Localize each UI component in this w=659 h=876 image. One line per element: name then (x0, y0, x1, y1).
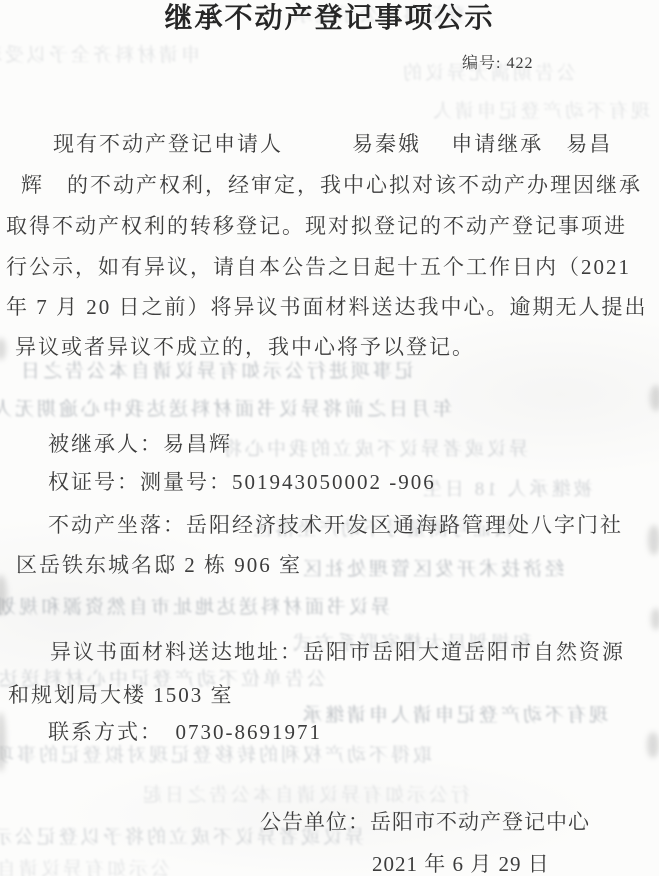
notice-title: 继承不动产登记事项公示 (0, 0, 659, 36)
bleedthrough-line: 公示如有异议请自 (0, 854, 170, 876)
doc-number: 编号: 422 (462, 50, 533, 73)
date-line: 2021 年 6 月 29 日 (372, 850, 550, 876)
paper-smudge (0, 575, 7, 615)
bleedthrough-line: 行公示如有异议请自本公告之日起 (140, 780, 470, 807)
body-line-4: 行公示，如有异议，请自本公告之日起十五个工作日内（2021 (6, 253, 631, 281)
body-line-6: 异议或者异议不成立的，我中心将予以登记。 (15, 333, 475, 361)
body-line-2: 辉 的不动产权利，经审定，我中心拟对该不动产办理因继承 (21, 171, 642, 199)
property-location-line-1: 不动产坐落：岳阳经济技术开发区通海路管理处八字门社 (48, 511, 623, 539)
paper-smudge (0, 338, 6, 360)
bleedthrough-line: 被继承人 18 日生 (420, 474, 593, 501)
bleedthrough-line: 异议书面材料送达地址市自然资源和规划 (0, 592, 390, 619)
notice-document: 登记事项公示继承 申请材料齐全予以受理 公告期满无异议的 现有不动产登记申请人 … (0, 0, 659, 876)
issuer-line: 公告单位：岳阳市不动产登记中心 (260, 808, 590, 836)
paper-smudge (0, 712, 6, 772)
objection-address-line-1: 异议书面材料送达地址：岳阳市岳阳大道岳阳市自然资源 (50, 638, 625, 666)
property-location-line-2: 区岳铁东城名邸 2 栋 906 室 (16, 551, 302, 579)
body-line-1: 现有不动产登记申请人 易秦娥 申请继承 易昌 (53, 130, 612, 158)
body-line-3: 取得不动产权利的转移登记。现对拟登记的不动产登记事项进 (6, 212, 627, 240)
bleedthrough-line: 申请材料齐全予以受理 (0, 40, 200, 67)
cert-no-line: 权证号：测量号：501943050002 -906 (48, 468, 436, 496)
paper-smudge (648, 525, 659, 555)
objection-address-line-2: 和规划局大楼 1503 室 (8, 681, 234, 709)
paper-smudge (650, 385, 659, 411)
contact-line: 联系方式： 0730-8691971 (48, 718, 322, 746)
bleedthrough-line: 现有不动产登记申请人申请继承 (300, 700, 608, 727)
body-line-5: 年 7 月 20 日之前）将异议书面材料送达我中心。逾期无人提出 (6, 293, 648, 321)
paper-smudge (651, 608, 659, 630)
decedent-line: 被继承人：易昌辉 (48, 430, 232, 458)
bleedthrough-line: 年月日之前将异议书面材料送达我中心逾期无人 (0, 394, 452, 421)
paper-smudge (647, 732, 659, 758)
bleedthrough-line: 经济技术开发区管理处社区 (300, 554, 564, 581)
bleedthrough-line: 异议或者异议不成立的我中心将 (220, 434, 528, 461)
bleedthrough-line: 现有不动产登记申请人 (430, 96, 650, 123)
